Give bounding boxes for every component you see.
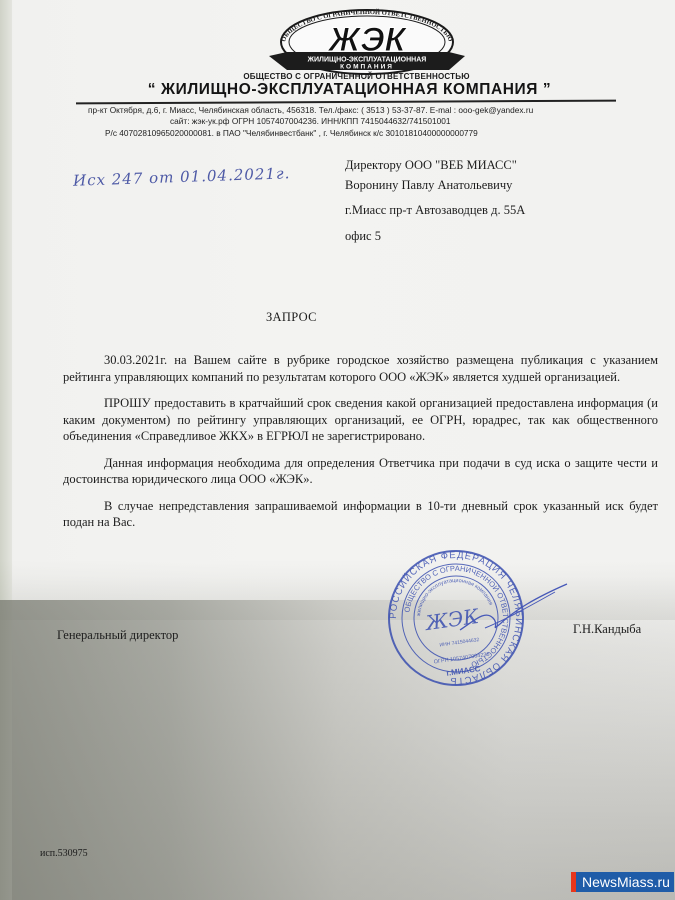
paragraph-3: Данная информация необходима для определ…	[63, 455, 658, 488]
company-logo: ОБЩЕСТВО С ОГРАНИЧЕННОЙ ОТВЕТСТВЕННОСТЬЮ…	[263, 4, 468, 76]
addressee-line-4: офис 5	[345, 229, 381, 244]
org-name: “ ЖИЛИЩНО-ЭКСПЛУАТАЦИОННАЯ КОМПАНИЯ ”	[0, 81, 675, 99]
registration-note: Исх 247 от 01.04.2021г.	[73, 164, 291, 190]
paragraph-1: 30.03.2021г. на Вашем сайте в рубрике го…	[63, 352, 658, 385]
org-legal-form: ОБЩЕСТВО С ОГРАНИЧЕННОЙ ОТВЕТСТВЕННОСТЬЮ	[0, 72, 675, 81]
document-body: 30.03.2021г. на Вашем сайте в рубрике го…	[63, 352, 658, 541]
addressee-line-1: Директору ООО "ВЕБ МИАСС"	[345, 158, 517, 173]
logo-ribbon-line2: КОМПАНИЯ	[340, 64, 394, 71]
signatory-role: Генеральный директор	[57, 628, 178, 643]
addressee-line-3: г.Миасс пр-т Автозаводцев д. 55А	[345, 203, 525, 218]
paragraph-4: В случае непредставления запрашиваемой и…	[63, 498, 658, 531]
handwritten-signature	[455, 580, 575, 640]
letterhead-divider	[76, 100, 616, 104]
addressee-line-2: Воронину Павлу Анатольевичу	[345, 178, 512, 193]
watermark-text: NewsMiass.ru	[576, 872, 674, 892]
signatory-name: Г.Н.Кандыба	[573, 622, 641, 637]
executor-code: исп.530975	[40, 848, 88, 859]
page-edge	[0, 0, 12, 900]
site-watermark: NewsMiass.ru	[571, 872, 674, 892]
paragraph-2: ПРОШУ предоставить в кратчайший срок све…	[63, 395, 658, 445]
requisites-bank: Р/с 40702810965020000081. в ПАО "Челябин…	[105, 128, 478, 138]
document-title: ЗАПРОС	[266, 310, 317, 325]
photo-shadow	[0, 600, 675, 900]
requisites-site-ogrn: сайт: жэк-ук.рф ОГРН 1057407004236. ИНН/…	[170, 116, 450, 126]
requisites-address: пр-кт Октября, д.6, г. Миасс, Челябинска…	[88, 105, 533, 115]
logo-ribbon-line1: ЖИЛИЩНО-ЭКСПЛУАТАЦИОННАЯ	[307, 57, 427, 64]
